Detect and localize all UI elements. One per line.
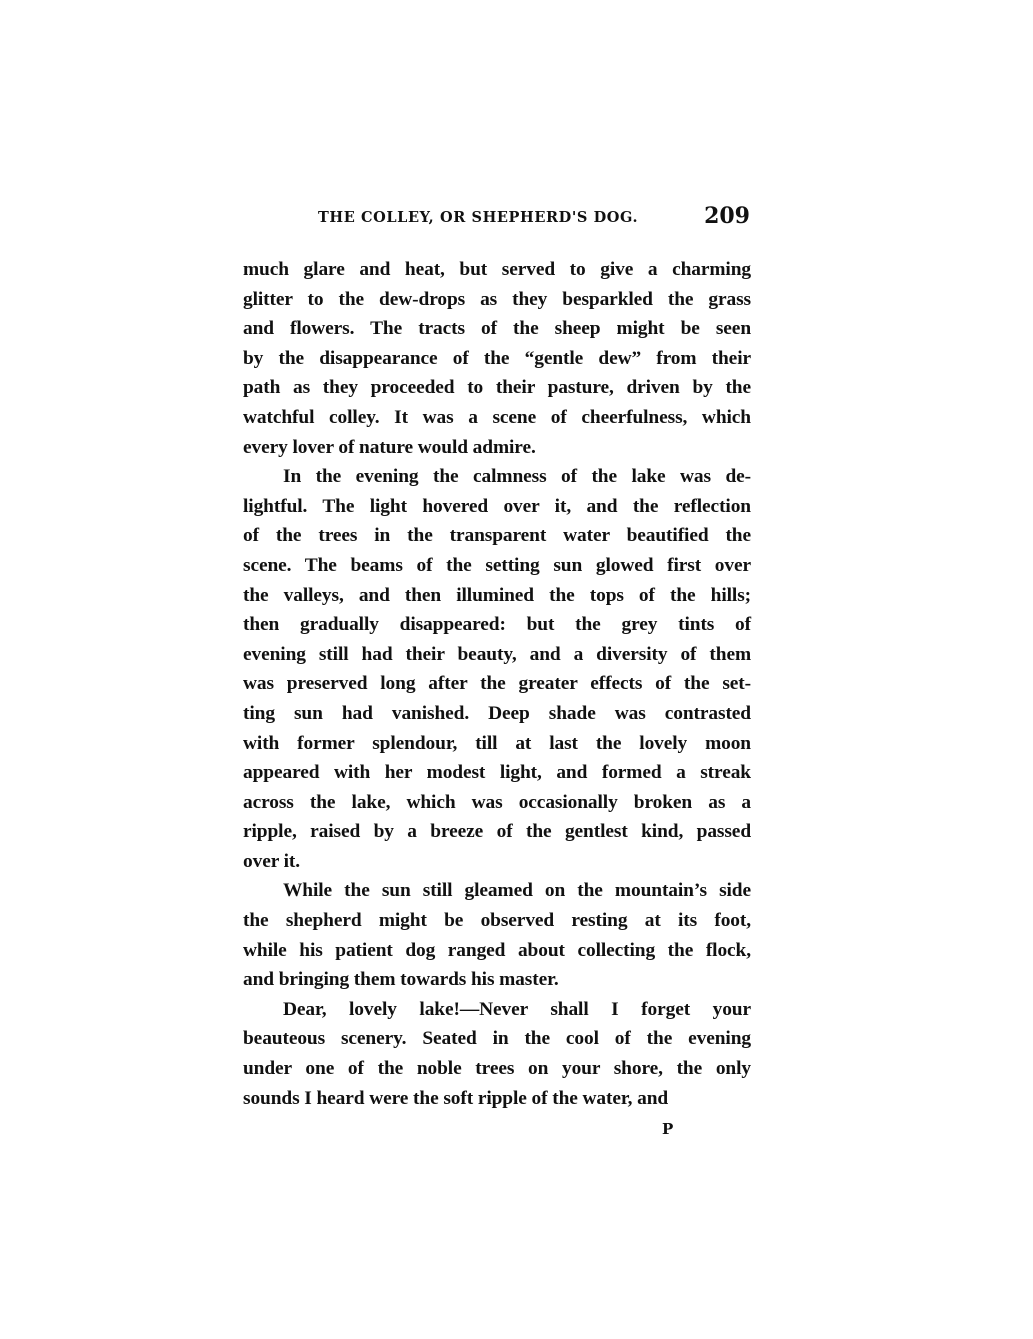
page-number: 209 <box>704 203 750 229</box>
text-line: the shepherd might be observed resting a… <box>243 906 751 936</box>
running-title: The Colley, or Shepherd's Dog. <box>318 209 638 226</box>
text-line: ripple, raised by a breeze of the gentle… <box>243 817 751 847</box>
text-line: across the lake, which was occasionally … <box>243 788 751 818</box>
text-line: the valleys, and then illumined the tops… <box>243 581 751 611</box>
text-line: and flowers. The tracts of the sheep mig… <box>243 314 751 344</box>
text-line: While the sun still gleamed on the mount… <box>243 876 751 906</box>
paragraph: much glare and heat, but served to give … <box>243 255 751 462</box>
text-line: much glare and heat, but served to give … <box>243 255 751 285</box>
text-line: was preserved long after the greater eff… <box>243 669 751 699</box>
text-line: path as they proceeded to their pasture,… <box>243 373 751 403</box>
text-line: scene. The beams of the setting sun glow… <box>243 551 751 581</box>
text-line: and bringing them towards his master. <box>243 965 751 995</box>
paragraph: Dear, lovely lake!—Never shall I forget … <box>243 995 751 1113</box>
text-line: ting sun had vanished. Deep shade was co… <box>243 699 751 729</box>
running-head: The Colley, or Shepherd's Dog. 209 <box>243 203 753 233</box>
signature-mark: P <box>662 1120 673 1138</box>
text-line: by the disappearance of the “gentle dew”… <box>243 344 751 374</box>
text-line: every lover of nature would admire. <box>243 433 751 463</box>
text-line: evening still had their beauty, and a di… <box>243 640 751 670</box>
text-line: Dear, lovely lake!—Never shall I forget … <box>243 995 751 1025</box>
text-line: sounds I heard were the soft ripple of t… <box>243 1084 751 1114</box>
text-line: appeared with her modest light, and form… <box>243 758 751 788</box>
text-line: while his patient dog ranged about colle… <box>243 936 751 966</box>
text-line: of the trees in the transparent water be… <box>243 521 751 551</box>
text-line: then gradually disappeared: but the grey… <box>243 610 751 640</box>
text-line: glitter to the dew-drops as they bespark… <box>243 285 751 315</box>
body-text: much glare and heat, but served to give … <box>243 255 751 1113</box>
book-page: The Colley, or Shepherd's Dog. 209 much … <box>0 0 1033 1339</box>
text-line: lightful. The light hovered over it, and… <box>243 492 751 522</box>
paragraph: While the sun still gleamed on the mount… <box>243 876 751 994</box>
text-line: with former splendour, till at last the … <box>243 729 751 759</box>
text-line: over it. <box>243 847 751 877</box>
text-line: beauteous scenery. Seated in the cool of… <box>243 1024 751 1054</box>
text-line: under one of the noble trees on your sho… <box>243 1054 751 1084</box>
text-line: In the evening the calmness of the lake … <box>243 462 751 492</box>
paragraph: In the evening the calmness of the lake … <box>243 462 751 876</box>
text-line: watchful colley. It was a scene of cheer… <box>243 403 751 433</box>
